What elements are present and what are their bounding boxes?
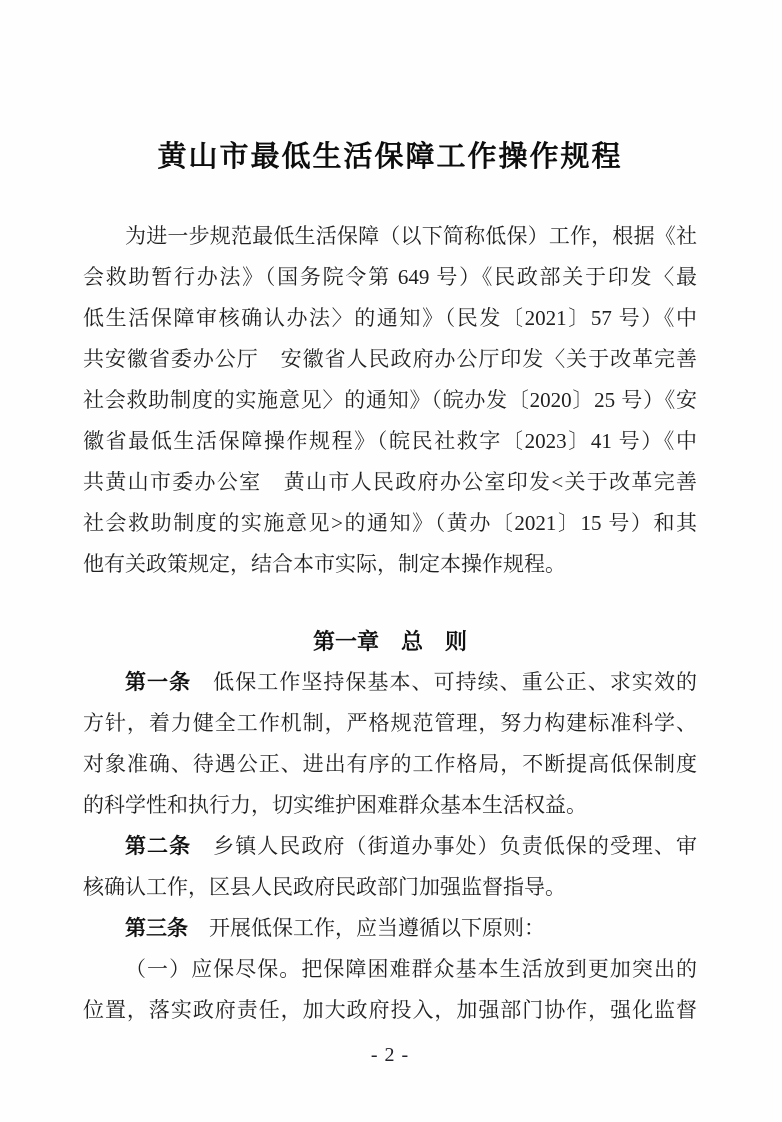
text-line: 方针，着力健全工作机制，严格规范管理，努力构建标准科学、 [83,703,697,744]
chapter-heading: 第一章 总 则 [83,621,697,662]
text-run: 位置，落实政府责任，加大政府投入，加强部门协作，强化监督 [83,998,697,1022]
text-line: （一）应保尽保。把保障困难群众基本生活放到更加突出的 [83,949,697,990]
text-line: 徽省最低生活保障操作规程》（皖民社救字〔2023〕41 号）《中 [83,421,697,462]
chapter-body: 第一条 低保工作坚持保基本、可持续、重公正、求实效的方针，着力健全工作机制，严格… [83,662,697,1031]
text-line: 共黄山市委办公室 黄山市人民政府办公室印发<关于改革完善 [83,462,697,503]
document-page: 黄山市最低生活保障工作操作规程 为进一步规范最低生活保障（以下简称低保）工作，根… [0,0,782,1122]
text-run: 为进一步规范最低生活保障（以下简称低保）工作，根据《社 [125,224,697,248]
text-run: 对象准确、待遇公正、进出有序的工作格局，不断提高低保制度 [83,752,697,776]
text-run: （一）应保尽保。把保障困难群众基本生活放到更加突出的 [125,957,697,981]
text-run: 核确认工作，区县人民政府民政部门加强监督指导。 [83,875,566,899]
article-label: 第三条 [125,917,188,940]
article-label: 第一条 [125,671,191,694]
text-run: 开展低保工作，应当遵循以下原则： [188,916,545,940]
text-run: 他有关政策规定，结合本市实际，制定本操作规程。 [83,552,566,576]
text-run: 徽省最低生活保障操作规程》（皖民社救字〔2023〕41 号）《中 [83,429,697,453]
text-run: 方针，着力健全工作机制，严格规范管理，努力构建标准科学、 [83,711,697,735]
text-line: 低生活保障审核确认办法〉的通知》（民发〔2021〕57 号）《中 [83,298,697,339]
text-line: 共安徽省委办公厅 安徽省人民政府办公厅印发〈关于改革完善 [83,339,697,380]
text-line: 社会救助制度的实施意见>的通知》（黄办〔2021〕15 号）和其 [83,503,697,544]
page-number: - 2 - [83,1035,697,1076]
text-line: 核确认工作，区县人民政府民政部门加强监督指导。 [83,867,697,908]
text-line: 的科学性和执行力，切实维护困难群众基本生活权益。 [83,785,697,826]
text-run: 社会救助制度的实施意见〉的通知》（皖办发〔2020〕25 号）《安 [83,388,697,412]
document-title: 黄山市最低生活保障工作操作规程 [83,135,697,179]
text-line: 第一条 低保工作坚持保基本、可持续、重公正、求实效的 [83,662,697,703]
text-run: 乡镇人民政府（街道办事处）负责低保的受理、审 [191,834,697,858]
text-run: 会救助暂行办法》（国务院令第 649 号）《民政部关于印发〈最 [83,265,697,289]
text-run: 低保工作坚持保基本、可持续、重公正、求实效的 [191,670,697,694]
intro-paragraph: 为进一步规范最低生活保障（以下简称低保）工作，根据《社会救助暂行办法》（国务院令… [83,216,697,585]
text-run: 的科学性和执行力，切实维护困难群众基本生活权益。 [83,793,587,817]
text-line: 对象准确、待遇公正、进出有序的工作格局，不断提高低保制度 [83,744,697,785]
text-run: 低生活保障审核确认办法〉的通知》（民发〔2021〕57 号）《中 [83,306,697,330]
text-run: 共黄山市委办公室 黄山市人民政府办公室印发<关于改革完善 [83,470,697,494]
text-run: 社会救助制度的实施意见>的通知》（黄办〔2021〕15 号）和其 [83,511,697,535]
text-line: 为进一步规范最低生活保障（以下简称低保）工作，根据《社 [83,216,697,257]
text-line: 第二条 乡镇人民政府（街道办事处）负责低保的受理、审 [83,826,697,867]
text-line: 会救助暂行办法》（国务院令第 649 号）《民政部关于印发〈最 [83,257,697,298]
article-label: 第二条 [125,835,191,858]
text-line: 位置，落实政府责任，加大政府投入，加强部门协作，强化监督 [83,990,697,1031]
text-line: 第三条 开展低保工作，应当遵循以下原则： [83,908,697,949]
text-line: 社会救助制度的实施意见〉的通知》（皖办发〔2020〕25 号）《安 [83,380,697,421]
text-run: 共安徽省委办公厅 安徽省人民政府办公厅印发〈关于改革完善 [83,347,697,371]
text-line: 他有关政策规定，结合本市实际，制定本操作规程。 [83,544,697,585]
